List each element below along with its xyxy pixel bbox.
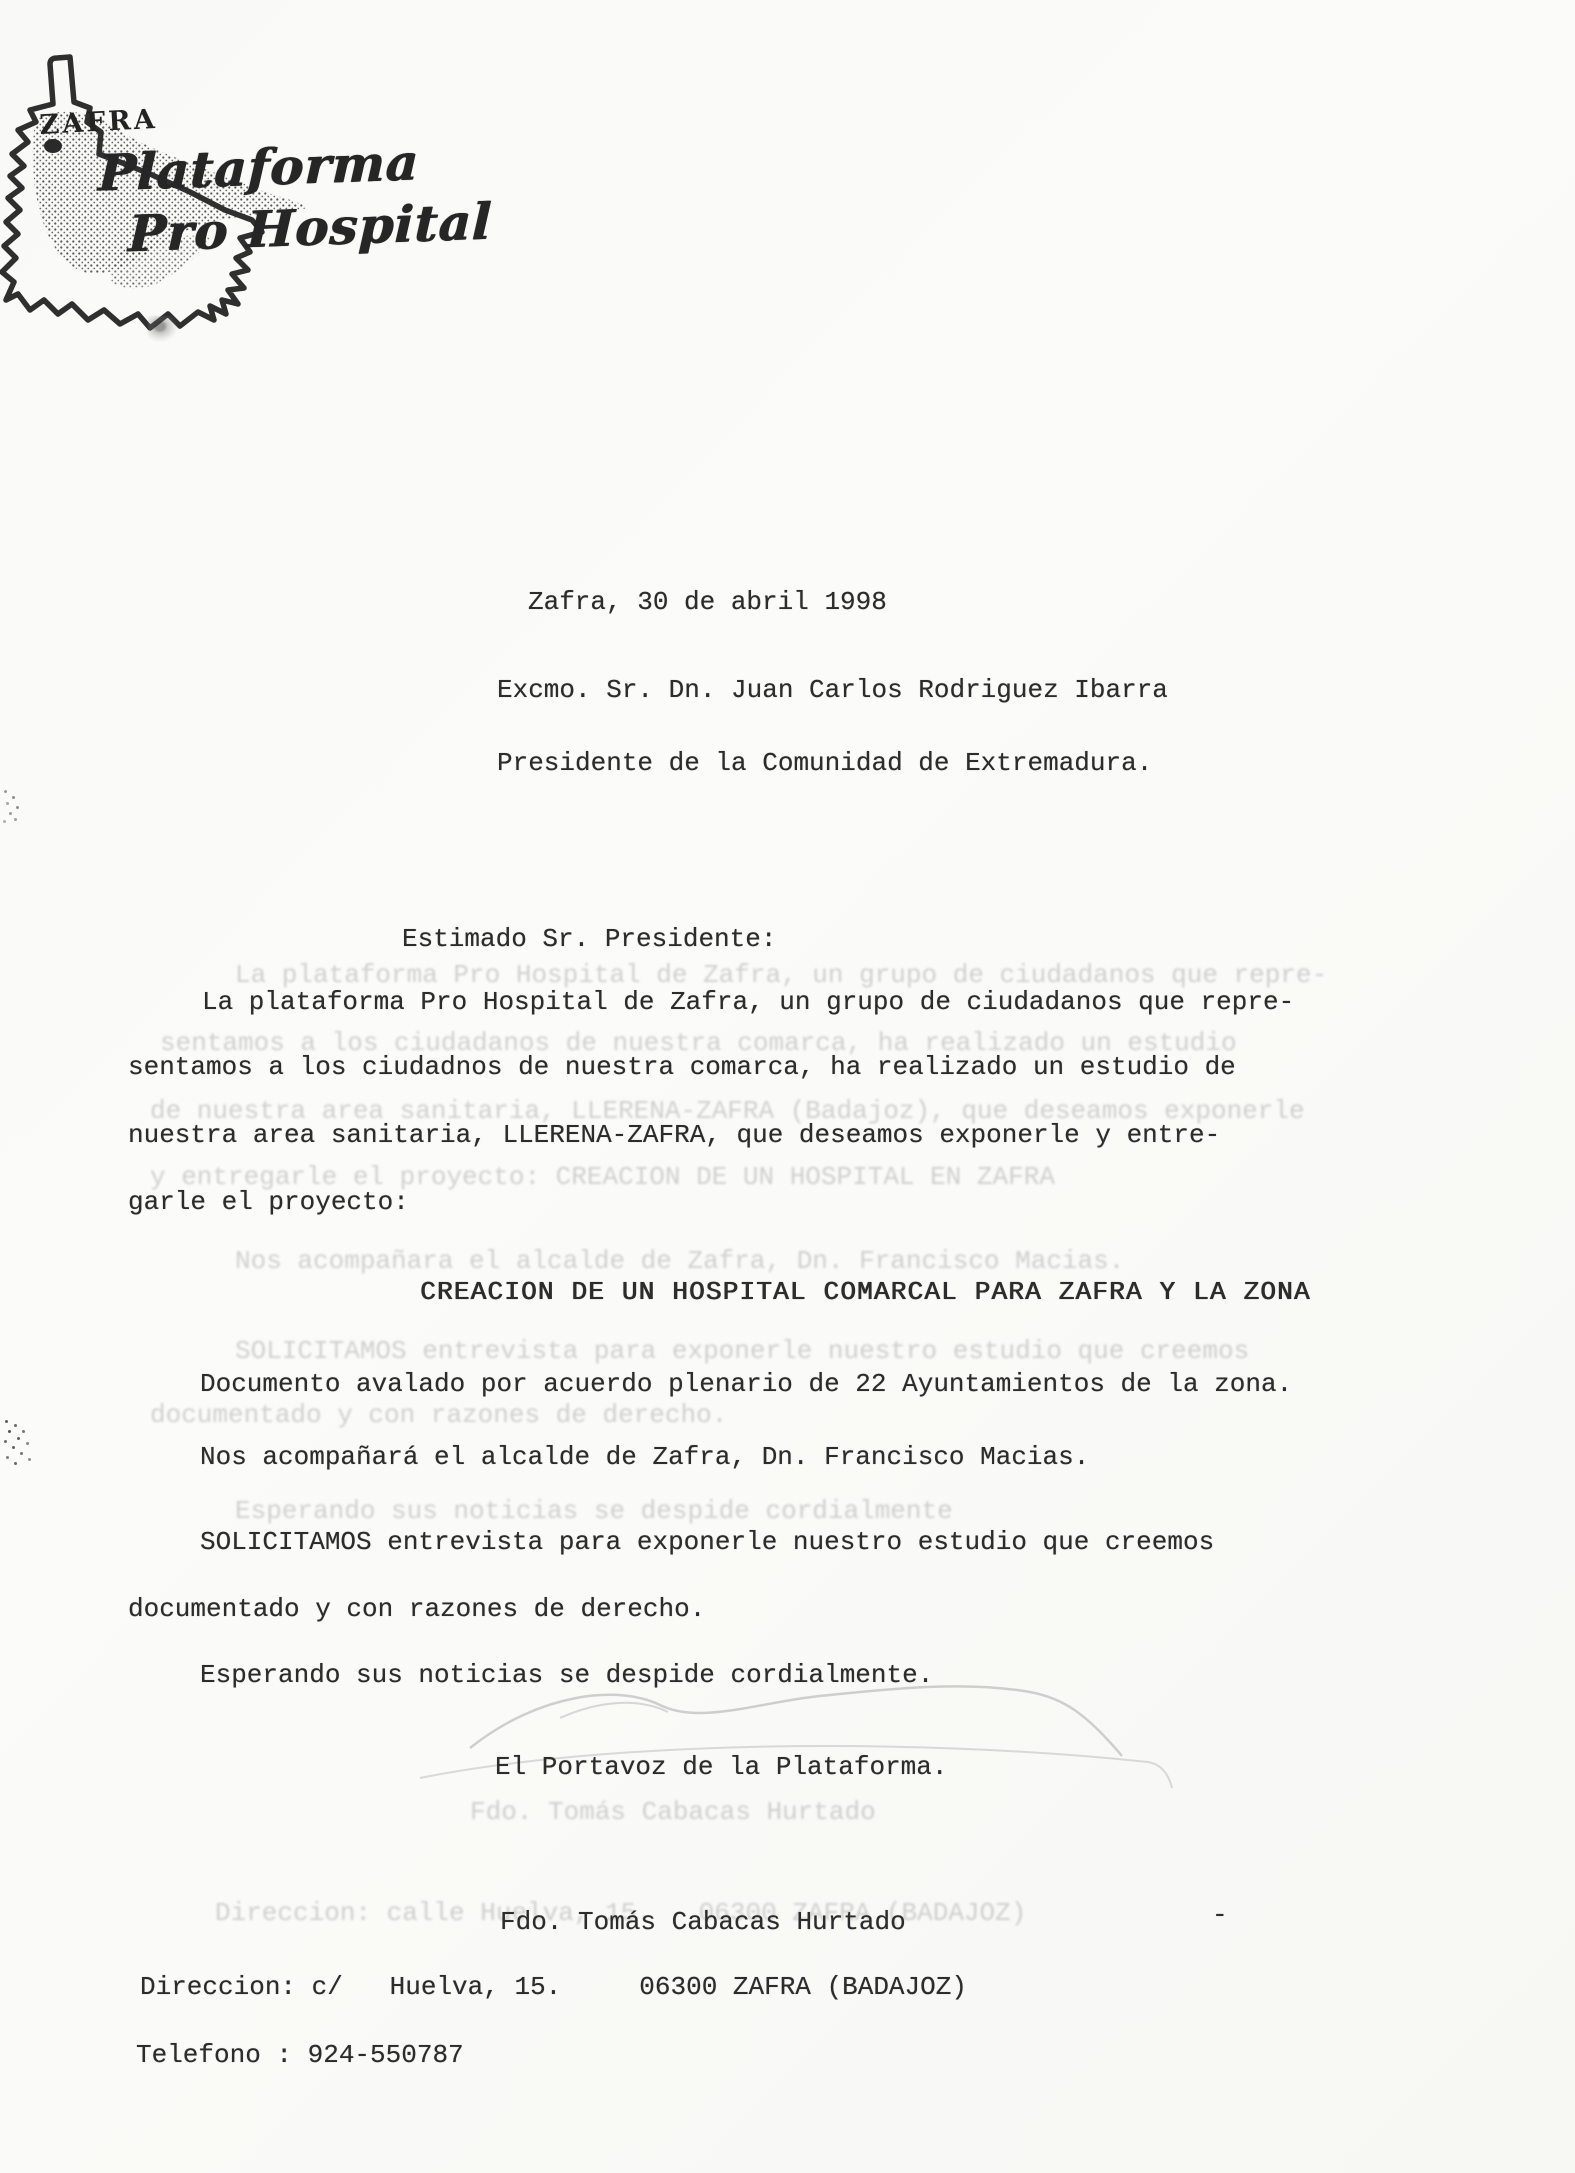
stray-dash-mark: - xyxy=(1212,1898,1228,1932)
ghost-text-line: Nos acompañara el alcalde de Zafra, Dn. … xyxy=(235,1244,1124,1278)
salutation-line: Estimado Sr. Presidente: xyxy=(402,922,776,956)
scan-speckle-artifact xyxy=(2,1418,5,1421)
logo-title-line2: Pro Hospital xyxy=(127,192,493,264)
body-line-5: Documento avalado por acuerdo plenario d… xyxy=(200,1367,1292,1401)
body-line-2: sentamos a los ciudadnos de nuestra coma… xyxy=(128,1050,1236,1084)
ghost-text-line: Fdo. Tomás Cabacas Hurtado xyxy=(470,1795,876,1829)
body-line-8: documentado y con razones de derecho. xyxy=(128,1592,705,1626)
signed-name-line: Fdo. Tomás Cabacas Hurtado xyxy=(500,1905,906,1939)
address-line: Direccion: c/ Huelva, 15. 06300 ZAFRA (B… xyxy=(140,1970,967,2004)
body-line-6: Nos acompañará el alcalde de Zafra, Dn. … xyxy=(200,1440,1089,1474)
ghost-text-line: SOLICITAMOS entrevista para exponerle nu… xyxy=(235,1334,1249,1368)
body-line-7: SOLICITAMOS entrevista para exponerle nu… xyxy=(200,1525,1214,1559)
recipient-line-2: Presidente de la Comunidad de Extremadur… xyxy=(497,746,1152,780)
signature-role-line: El Portavoz de la Plataforma. xyxy=(495,1750,947,1784)
ink-smudge xyxy=(148,316,178,342)
zafra-town-dot xyxy=(44,139,62,153)
body-line-4: garle el proyecto: xyxy=(128,1185,409,1219)
ghost-text-line: documentado y con razones de derecho. xyxy=(150,1398,727,1432)
phone-line: Telefono : 924-550787 xyxy=(136,2038,464,2072)
date-line: Zafra, 30 de abril 1998 xyxy=(528,585,887,619)
body-line-1: La plataforma Pro Hospital de Zafra, un … xyxy=(202,985,1294,1019)
ghost-text-line: Esperando sus noticias se despide cordia… xyxy=(235,1494,953,1528)
recipient-line-1: Excmo. Sr. Dn. Juan Carlos Rodriguez Iba… xyxy=(497,673,1168,707)
body-line-3: nuestra area sanitaria, LLERENA-ZAFRA, q… xyxy=(128,1118,1220,1152)
logo-region-label: ZAFRA xyxy=(39,104,159,141)
logo-title-line1: Plataforma xyxy=(97,132,420,202)
letter-page: ZAFRA Plataforma Pro Hospital La platafo… xyxy=(0,0,1575,2173)
scan-speckle-artifact xyxy=(2,788,5,791)
heading-line: CREACION DE UN HOSPITAL COMARCAL PARA ZA… xyxy=(420,1275,1311,1309)
closing-line: Esperando sus noticias se despide cordia… xyxy=(200,1658,933,1692)
